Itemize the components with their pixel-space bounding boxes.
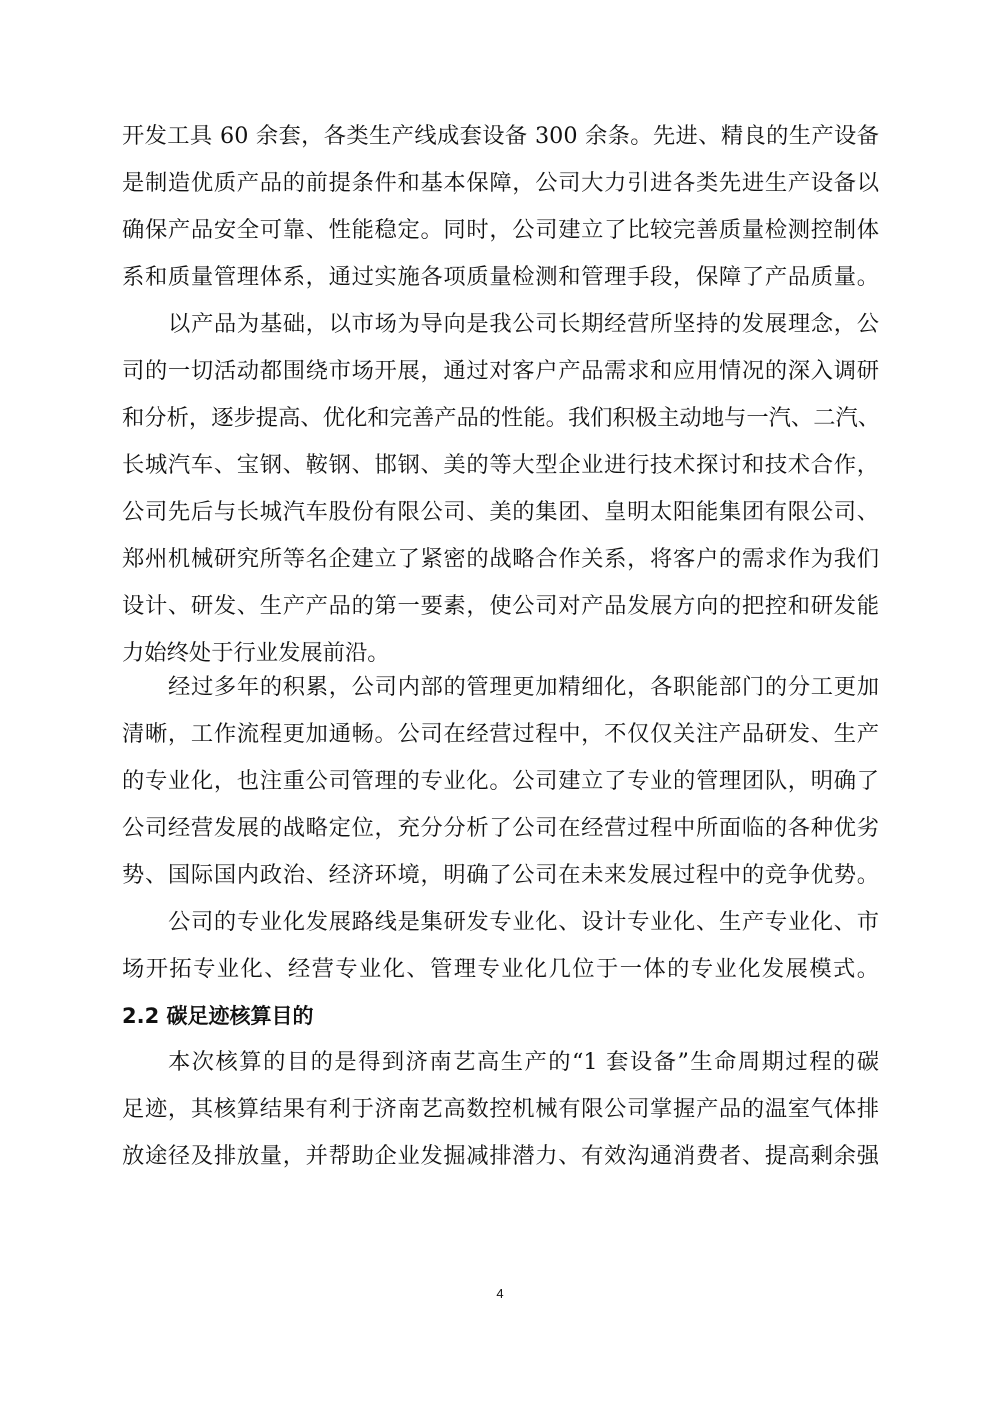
- paragraph-3-line-3: 的专业化，也注重公司管理的专业化。公司建立了专业的管理团队，明确了: [122, 766, 879, 796]
- document-page: 开发工具 60 余套，各类生产线成套设备 300 余条。先进、精良的生产设备 是…: [0, 0, 1000, 1415]
- paragraph-2-line-6: 郑州机械研究所等名企建立了紧密的战略合作关系，将客户的需求作为我们: [122, 544, 879, 574]
- paragraph-2-line-1: 以产品为基础，以市场为导向是我公司长期经营所坚持的发展理念，公: [168, 309, 879, 339]
- section-paragraph-line-2: 足迹，其核算结果有利于济南艺高数控机械有限公司掌握产品的温室气体排: [122, 1094, 879, 1124]
- paragraph-4-line-1: 公司的专业化发展路线是集研发专业化、设计专业化、生产专业化、市: [168, 907, 879, 937]
- paragraph-3-line-1: 经过多年的积累，公司内部的管理更加精细化，各职能部门的分工更加: [168, 672, 879, 702]
- paragraph-3-line-5: 势、国际国内政治、经济环境，明确了公司在未来发展过程中的竞争优势。: [122, 860, 879, 890]
- paragraph-2-line-3: 和分析，逐步提高、优化和完善产品的性能。我们积极主动地与一汽、二汽、: [122, 403, 879, 433]
- paragraph-1-line-3: 确保产品安全可靠、性能稳定。同时，公司建立了比较完善质量检测控制体: [122, 215, 879, 245]
- paragraph-4-line-2: 场开拓专业化、经营专业化、管理专业化几位于一体的专业化发展模式。: [122, 954, 879, 984]
- paragraph-3-line-2: 清晰，工作流程更加通畅。公司在经营过程中，不仅仅关注产品研发、生产: [122, 719, 879, 749]
- paragraph-2-line-5: 公司先后与长城汽车股份有限公司、美的集团、皇明太阳能集团有限公司、: [122, 497, 879, 527]
- section-paragraph-line-1: 本次核算的目的是得到济南艺高生产的“1 套设备”生命周期过程的碳: [168, 1047, 879, 1077]
- section-paragraph-line-3: 放途径及排放量，并帮助企业发掘减排潜力、有效沟通消费者、提高剩余强: [122, 1141, 879, 1171]
- section-heading: 2.2 碳足迹核算目的: [122, 1001, 314, 1031]
- paragraph-1-line-2: 是制造优质产品的前提条件和基本保障，公司大力引进各类先进生产设备以: [122, 168, 879, 198]
- paragraph-1-line-4: 系和质量管理体系，通过实施各项质量检测和管理手段，保障了产品质量。: [122, 262, 879, 292]
- page-number: 4: [490, 1286, 510, 1301]
- paragraph-2-line-2: 司的一切活动都围绕市场开展，通过对客户产品需求和应用情况的深入调研: [122, 356, 879, 386]
- paragraph-1-line-1: 开发工具 60 余套，各类生产线成套设备 300 余条。先进、精良的生产设备: [122, 121, 879, 151]
- paragraph-2-line-4: 长城汽车、宝钢、鞍钢、邯钢、美的等大型企业进行技术探讨和技术合作，: [122, 450, 879, 480]
- paragraph-2-line-7: 设计、研发、生产产品的第一要素，使公司对产品发展方向的把控和研发能: [122, 591, 879, 621]
- paragraph-3-line-4: 公司经营发展的战略定位，充分分析了公司在经营过程中所面临的各种优劣: [122, 813, 879, 843]
- paragraph-2-line-8: 力始终处于行业发展前沿。: [122, 638, 879, 668]
